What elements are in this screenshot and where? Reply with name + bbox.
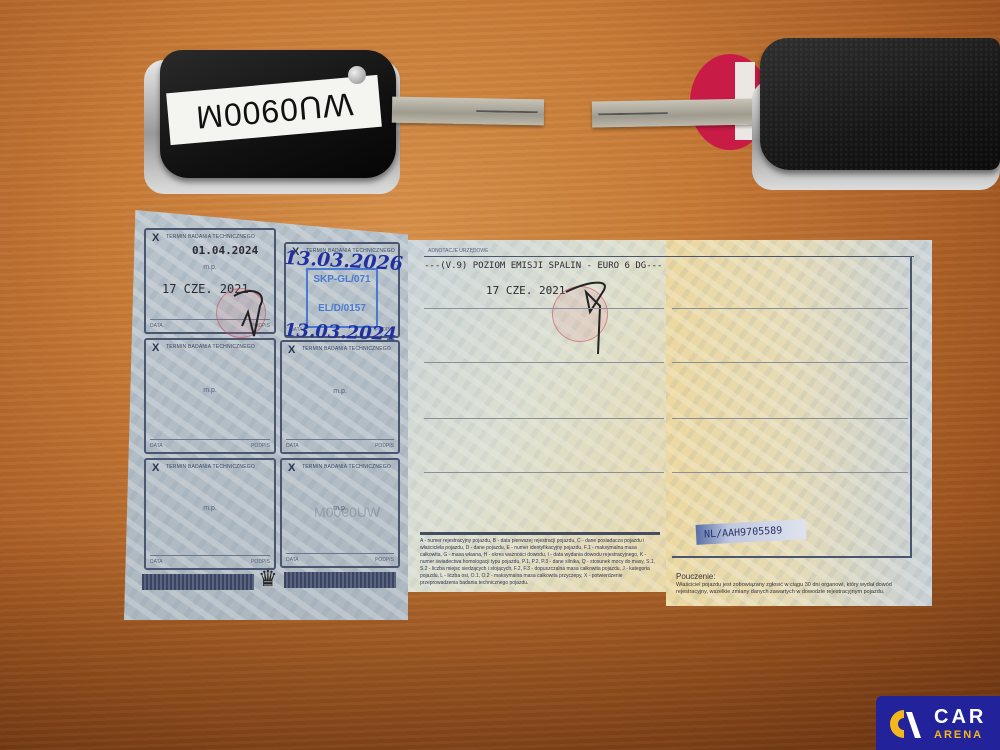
inspection-box-5: X TERMIN BADANIA TECHNICZNEGO m.p. DATA … [144, 458, 276, 570]
annotation-date-stamp: 17 CZE. 2021 [486, 284, 565, 297]
car-arena-logo: CAR ARENA [876, 696, 1000, 750]
signature [230, 286, 280, 346]
annotation-signature [564, 276, 624, 356]
security-band-left [142, 574, 254, 590]
right-key-blade [592, 99, 760, 128]
left-key-release-button [348, 66, 366, 84]
inspection-box-4: X TERMIN BADANIA TECHNICZNEGO m.p. DATA … [280, 340, 400, 454]
inspection-box-3: X TERMIN BADANIA TECHNICZNEGO m.p. DATA … [144, 338, 276, 454]
next-inspection-date: 01.04.2024 [192, 244, 258, 257]
eagle-emblem-icon: ♛ [258, 566, 278, 592]
security-band-right [284, 572, 396, 588]
key-label-text: WU0900M [194, 85, 355, 136]
car-arena-mark-icon [888, 708, 922, 740]
left-key-blade [392, 97, 544, 126]
document-right-page [666, 240, 932, 606]
logo-text-arena: ARENA [934, 729, 983, 741]
inspection-box-6: X TERMIN BADANIA TECHNICZNEGO m.p. WU090… [280, 458, 400, 568]
right-key-fob [760, 38, 1000, 170]
logo-text-car: CAR [934, 706, 986, 729]
notice-text: Właściciel pojazdu jest zobowiązany zgło… [676, 582, 916, 596]
notice-title: Pouczenie: [676, 572, 716, 581]
show-through-watermark: WU0900M [314, 504, 380, 520]
field-legend-text: A - numer rejestracyjny pojazdu, B - dat… [420, 532, 660, 587]
vehicle-registration-document: X TERMIN BADANIA TECHNICZNEGO 01.04.2024… [124, 210, 932, 622]
official-annotations-header: ADNOTACJE URZĘDOWE [428, 248, 488, 254]
emission-standard-entry: ---(V.9) POZIOM EMISJI SPALIN - EURO 6 D… [424, 261, 662, 271]
inspection-station-stamp: SKP-GL/071 EL/D/0157 [306, 268, 378, 328]
